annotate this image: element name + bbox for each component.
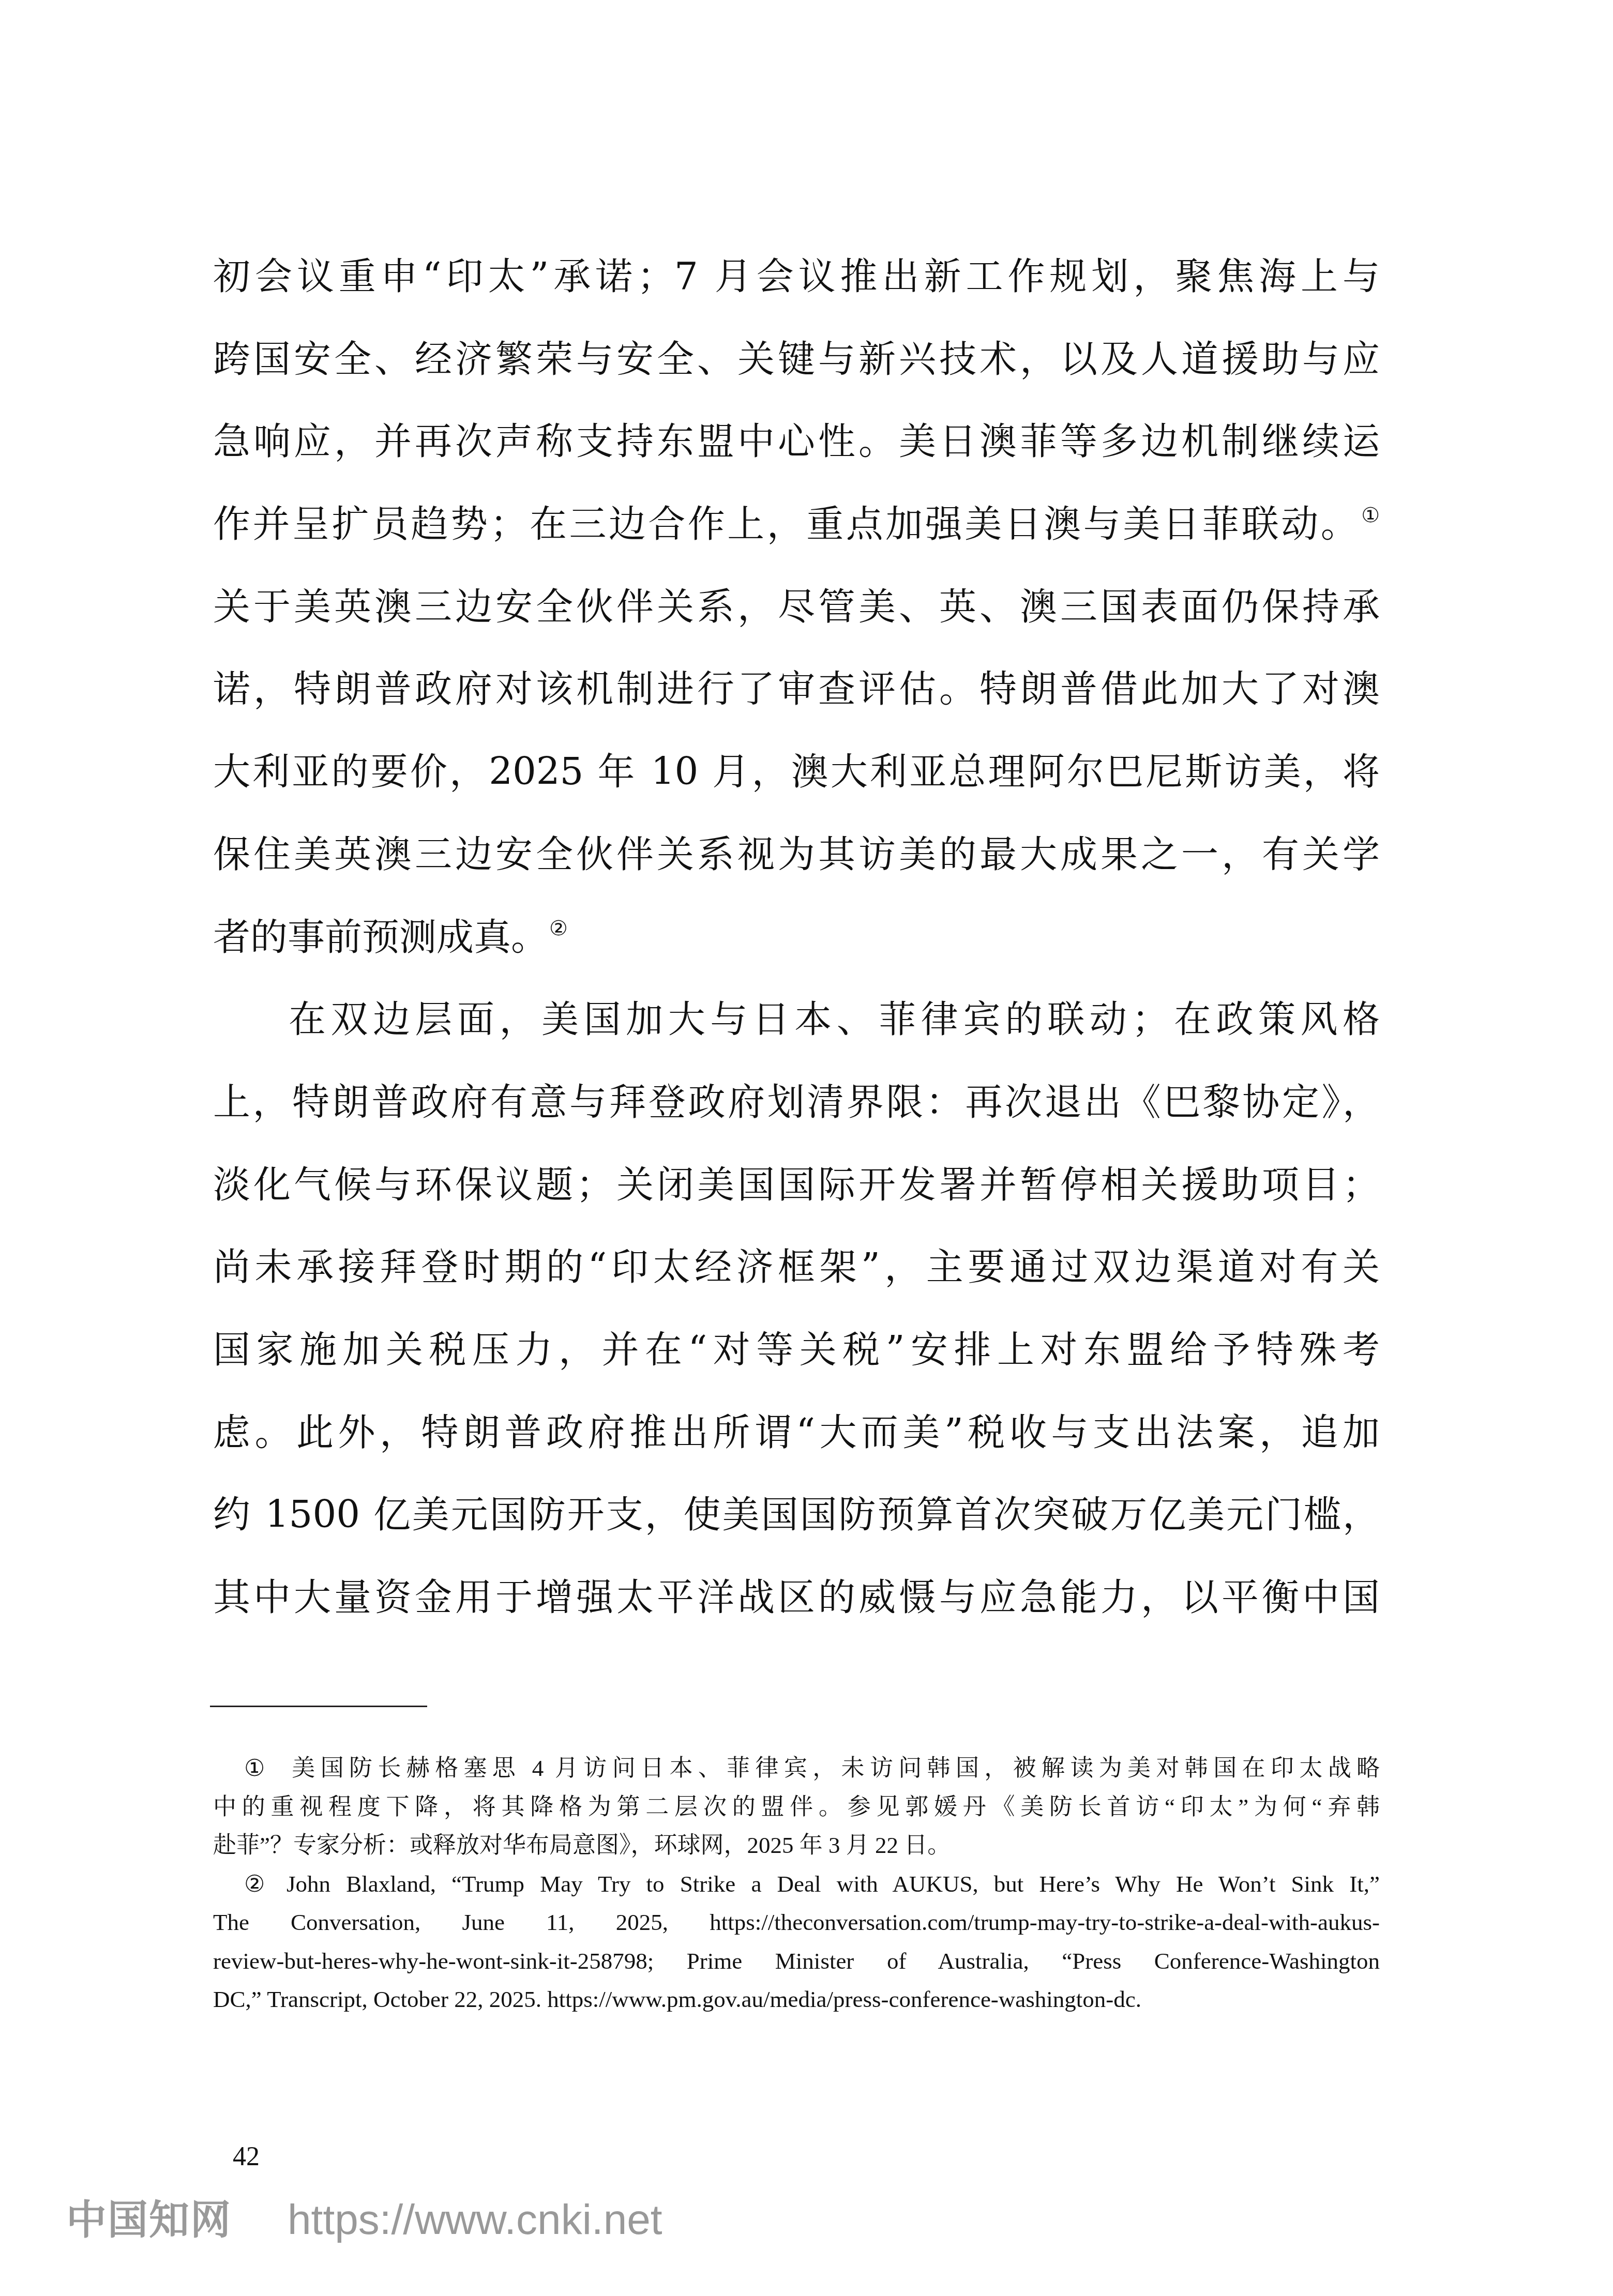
- body-line: 大利亚的要价，2025 年 10 月，澳大利亚总理阿尔巴尼斯访美，将: [213, 731, 1380, 813]
- footnote-line[interactable]: review-but-heres-why-he-wont-sink-it-258…: [213, 1942, 1380, 1981]
- watermark-logo-text: 中国知网: [66, 2188, 232, 2246]
- watermark-url[interactable]: https://www.cnki.net: [288, 2196, 662, 2243]
- body-line-text: 者的事前预测成真。: [213, 915, 548, 959]
- paragraph-start-line: 在双边层面，美国加大与日本、菲律宾的联动；在政策风格: [213, 978, 1380, 1061]
- body-line: 保住美英澳三边安全伙伴关系视为其访美的最大成果之一，有关学: [213, 813, 1380, 896]
- footnote-text: 美国防长赫格塞思 4 月访问日本、菲律宾，未访问韩国，被解读为美对韩国在印太战略: [287, 1755, 1380, 1781]
- body-line: 关于美英澳三边安全伙伴关系，尽管美、英、澳三国表面仍保持承: [213, 566, 1380, 648]
- body-line: 国家施加关税压力，并在“对等关税”安排上对东盟给予特殊考: [213, 1309, 1380, 1391]
- body-line: 尚未承接拜登时期的“印太经济框架”，主要通过双边渠道对有关: [213, 1226, 1380, 1309]
- cnki-watermark: 中国知网https://www.cnki.net: [66, 2188, 662, 2246]
- body-line: 诺，特朗普政府对该机制进行了审查评估。特朗普借此加大了对澳: [213, 648, 1380, 731]
- footnote-1: ①美国防长赫格塞思 4 月访问日本、菲律宾，未访问韩国，被解读为美对韩国在印太战…: [213, 1749, 1380, 1865]
- document-page: 初会议重申“印太”承诺；7 月会议推出新工作规划，聚焦海上与 跨国安全、经济繁荣…: [0, 0, 1613, 2296]
- footnote-ref-1[interactable]: ①: [1361, 504, 1380, 527]
- body-line: 跨国安全、经济繁荣与安全、关键与新兴技术，以及人道援助与应: [213, 318, 1380, 401]
- body-line-text: 作并呈扩员趋势；在三边合作上，重点加强美日澳与美日菲联动。: [213, 502, 1360, 545]
- footnote-line: 赴菲”？专家分析：或释放对华布局意图》，环球网，2025 年 3 月 22 日。: [213, 1826, 1380, 1865]
- footnote-line: ①美国防长赫格塞思 4 月访问日本、菲律宾，未访问韩国，被解读为美对韩国在印太战…: [213, 1749, 1380, 1788]
- body-line: 急响应，并再次声称支持东盟中心性。美日澳菲等多边机制继续运: [213, 400, 1380, 483]
- body-line-with-ref: 者的事前预测成真。②: [213, 896, 1380, 979]
- body-line: 虑。此外，特朗普政府推出所谓“大而美”税收与支出法案，追加: [213, 1391, 1380, 1474]
- body-line: 其中大量资金用于增强太平洋战区的威慑与应急能力，以平衡中国: [213, 1556, 1380, 1639]
- footnote-2: ②John Blaxland, “Trump May Try to Strike…: [213, 1865, 1380, 2019]
- body-line: 淡化气候与环保议题；关闭美国国际开发署并暂停相关援助项目；: [213, 1144, 1380, 1226]
- footnote-text: John Blaxland, “Trump May Try to Strike …: [287, 1871, 1380, 1897]
- body-line: 上，特朗普政府有意与拜登政府划清界限：再次退出《巴黎协定》，: [213, 1061, 1380, 1144]
- page-number: 42: [233, 2141, 260, 2172]
- body-line-with-ref: 作并呈扩员趋势；在三边合作上，重点加强美日澳与美日菲联动。①: [213, 483, 1380, 566]
- footnotes: ①美国防长赫格塞思 4 月访问日本、菲律宾，未访问韩国，被解读为美对韩国在印太战…: [213, 1749, 1380, 2019]
- footnote-ref-2[interactable]: ②: [549, 917, 568, 940]
- footnote-mark: ②: [244, 1865, 287, 1904]
- body-text: 初会议重申“印太”承诺；7 月会议推出新工作规划，聚焦海上与 跨国安全、经济繁荣…: [213, 235, 1380, 1639]
- footnote-mark: ①: [244, 1749, 287, 1788]
- footnote-line[interactable]: DC,” Transcript, October 22, 2025. https…: [213, 1980, 1380, 2019]
- footnote-line: ②John Blaxland, “Trump May Try to Strike…: [213, 1865, 1380, 1904]
- footnote-line[interactable]: The Conversation, June 11, 2025, https:/…: [213, 1903, 1380, 1942]
- body-line: 约 1500 亿美元国防开支，使美国国防预算首次突破万亿美元门槛，: [213, 1473, 1380, 1556]
- footnote-line: 中的重视程度下降，将其降格为第二层次的盟伴。参见郭媛丹《美防长首访“印太”为何“…: [213, 1788, 1380, 1827]
- footnote-divider: [210, 1706, 427, 1707]
- body-line: 初会议重申“印太”承诺；7 月会议推出新工作规划，聚焦海上与: [213, 235, 1380, 318]
